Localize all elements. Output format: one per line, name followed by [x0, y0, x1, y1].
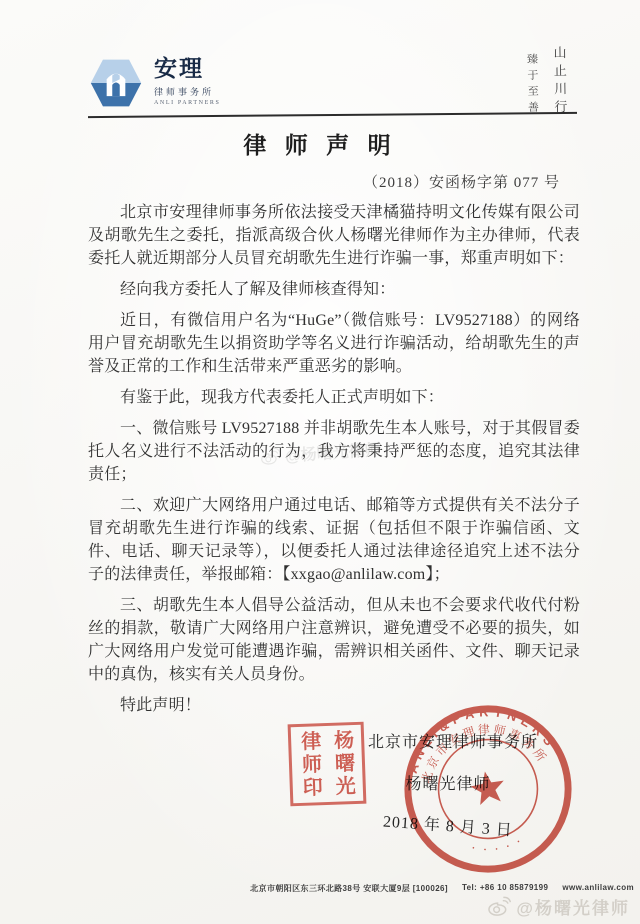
round-seal-bottom-marks: • • • • • — [470, 836, 526, 858]
firm-name-en: ANLI PARTNERS — [154, 100, 220, 106]
footer-tel: Tel: +86 10 85879199 — [462, 883, 548, 894]
lawyer-personal-seal: 律师印 杨曙光 — [288, 722, 367, 807]
firm-logo: 安理 律师事务所 ANLI PARTNERS — [88, 54, 220, 112]
seal-right-column: 杨曙光 — [332, 729, 354, 799]
paragraph-lead-in: 有鉴于此，现我方代表委托人正式声明如下： — [88, 386, 580, 409]
firm-type-label: 律师事务所 — [154, 85, 220, 98]
paragraph-item-2: 二、欢迎广大网络用户通过电话、邮箱等方式提供有关不法分子冒充胡歌先生进行诈骗的线… — [88, 494, 580, 586]
document-title: 律 师 声 明 — [0, 127, 640, 160]
svg-text:• • • • •: • • • • • — [470, 836, 526, 858]
scanned-lawyer-statement: 安理 律师事务所 ANLI PARTNERS 臻于至善 山止川行 律 师 声 明… — [0, 0, 640, 924]
paragraph-verification: 经向我方委托人了解及律师核查得知： — [88, 278, 580, 301]
footer-website: www.anlilaw.com — [562, 883, 634, 894]
motto-right-column: 山止川行 — [548, 46, 568, 118]
seal-star-icon — [468, 769, 507, 807]
law-firm-round-seal: ANLI&PARTNERS 北京市安理律师事务所 • • • • • — [385, 686, 591, 892]
paragraph-incident: 近日，有微信用户名为“HuGe”（微信账号：LV9527188）的网络用户冒充胡… — [88, 309, 580, 378]
anli-hexagon-logo-icon — [88, 54, 144, 112]
calligraphy-motto: 臻于至善 山止川行 — [523, 46, 568, 119]
header-divider — [88, 112, 577, 118]
motto-left-column: 臻于至善 — [523, 53, 540, 118]
weibo-handle: @杨曙光律师 — [516, 894, 630, 919]
reference-number: （2018）安函杨字第 077 号 — [363, 171, 560, 192]
paragraph-item-3: 三、胡歌先生本人倡导公益活动，但从未也不会要求代收代付粉丝的捐款，敬请广大网络用… — [88, 594, 580, 686]
weibo-watermark: @杨曙光律师 — [487, 894, 630, 919]
weibo-logo-icon — [260, 446, 281, 465]
paragraph-intro: 北京市安理律师事务所依法接受天津橘猫持明文化传媒有限公司及胡歌先生之委托，指派高… — [88, 201, 580, 270]
seal-left-column: 律师印 — [299, 730, 321, 800]
weibo-logo-icon — [487, 896, 511, 917]
firm-name-cn: 安理 — [154, 56, 220, 81]
